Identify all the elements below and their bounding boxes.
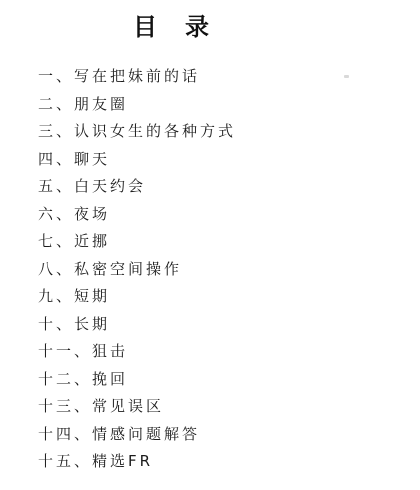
toc-item: 四、聊天 [38,146,420,174]
toc-page: 目 录 一、写在把妹前的话 二、朋友圈 三、认识女生的各种方式 四、聊天 五、白… [0,0,420,490]
toc-item: 十二、挽回 [38,366,420,394]
toc-item: 十三、常见误区 [38,393,420,421]
toc-item: 九、短期 [38,283,420,311]
page-title: 目 录 [0,0,382,42]
toc-item: 一、写在把妹前的话 [38,63,420,91]
toc-item: 二、朋友圈 [38,91,420,119]
toc-item: 三、认识女生的各种方式 [38,118,420,146]
toc-item: 十、长期 [38,311,420,339]
toc-item: 七、近挪 [38,228,420,256]
toc-item: 十五、精选FR [38,448,420,476]
toc-item: 八、私密空间操作 [38,256,420,284]
toc-item: 六、夜场 [38,201,420,229]
toc-item: 十四、情感问题解答 [38,421,420,449]
toc-list: 一、写在把妹前的话 二、朋友圈 三、认识女生的各种方式 四、聊天 五、白天约会 … [0,63,420,476]
toc-item: 五、白天约会 [38,173,420,201]
scan-artifact [344,75,349,78]
toc-item: 十一、狙击 [38,338,420,366]
